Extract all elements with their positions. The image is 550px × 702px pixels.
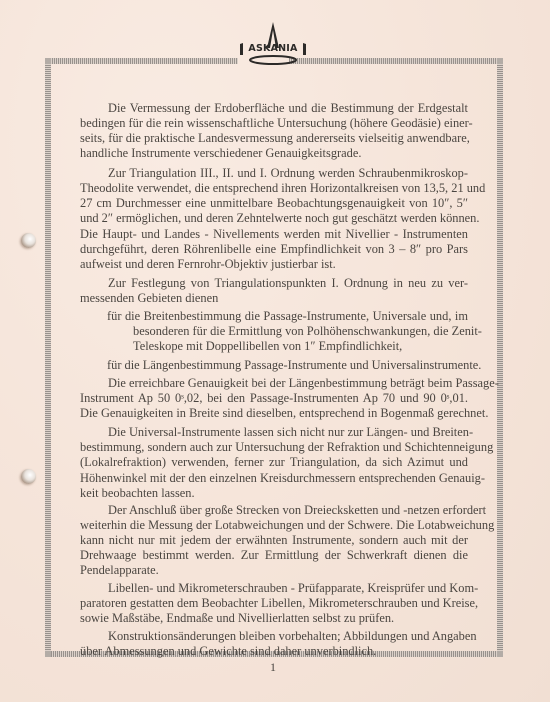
p8-line-2: über Abmessungen und Gewichte sind daher… <box>80 644 468 659</box>
p2-line-7: aufweist und deren Fernrohr-Objektiv jus… <box>80 257 468 272</box>
frame-top-right <box>289 58 501 64</box>
p7-line-1: Libellen- und Mikrometerschrauben - Prüf… <box>108 581 468 596</box>
p6-line-3: kann nicht nur mit jedem der erwähnten I… <box>80 533 468 548</box>
p4-line-3: Die Genauigkeiten in Breite sind dieselb… <box>80 406 468 421</box>
p5-line-4: Höhenwinkel mit der den einzelnen Kreisd… <box>80 471 468 486</box>
punch-hole-bottom <box>21 469 36 484</box>
p5-line-1: Die Universal-Instrumente lassen sich ni… <box>108 425 468 440</box>
p5-line-3: (Lokalrefraktion) verwenden, ferner zur … <box>80 455 468 470</box>
p6-line-2: weiterhin die Messung der Lotabweichunge… <box>80 518 468 533</box>
frame-corner-bl <box>45 651 51 657</box>
frame-corner-tl <box>45 58 51 64</box>
list-item-1-line-1: für die Breitenbestimmung die Passage-In… <box>107 309 468 324</box>
page-number: 1 <box>270 660 276 675</box>
p1-line-3: seits, für die praktische Landesvermessu… <box>80 131 468 146</box>
frame-left <box>45 62 51 654</box>
askania-logo: ASKANIA <box>237 20 309 68</box>
p2-line-6: durchgeführt, deren Röhrenlibelle eine E… <box>80 242 468 257</box>
p1-line-1: Die Vermessung der Erdoberfläche und die… <box>108 101 468 116</box>
p2-line-2: Theodolite verwendet, die entsprechend i… <box>80 181 468 196</box>
p2-line-5: Die Haupt- und Landes - Nivellements wer… <box>80 227 468 242</box>
p2-line-1: Zur Triangulation III., II. und I. Ordnu… <box>108 166 468 181</box>
p3-line-1: Zur Festlegung von Triangulationspunkten… <box>108 276 468 291</box>
document-page: ASKANIA Die Vermessung der Erdoberfläche… <box>0 0 550 702</box>
p5-line-5: keit beobachten lassen. <box>80 486 468 501</box>
p6-line-5: Pendelapparate. <box>80 563 468 578</box>
p8-line-1: Konstruktionsänderungen bleiben vorbehal… <box>108 629 468 644</box>
p1-line-2: bedingen für die rein wissenschaftliche … <box>80 116 468 131</box>
list-item-1-line-2: besonderen für die Ermittlung von Polhöh… <box>133 324 468 339</box>
p1-line-4: handliche Instrumente verschiedener Gena… <box>80 146 468 161</box>
frame-top-left <box>48 58 238 64</box>
p5-line-2: bestimmung, sondern auch zur Untersuchun… <box>80 440 468 455</box>
punch-hole-top <box>21 233 36 248</box>
frame-corner-tr <box>497 58 503 64</box>
p7-line-2: paratoren gestatten dem Beobachter Libel… <box>80 596 468 611</box>
list-item-1-line-3: Teleskope mit Doppellibellen von 1″ Empf… <box>133 339 468 354</box>
p6-line-1: Der Anschluß über große Strecken von Dre… <box>108 503 468 518</box>
frame-right <box>497 62 503 654</box>
p4-line-2: Instrument Ap 50 0ˢ,02, bei den Passage-… <box>80 391 468 406</box>
p3-line-2: messenden Gebieten dienen <box>80 291 468 306</box>
frame-corner-br <box>497 651 503 657</box>
p2-line-3: 27 cm Durchmesser eine unmittelbare Beob… <box>80 196 468 211</box>
logo-text: ASKANIA <box>240 43 306 54</box>
list-item-2-line-1: für die Längenbestimmung Passage-Instrum… <box>107 358 468 373</box>
p7-line-3: sowie Maßstäbe, Endmaße und Nivellierlat… <box>80 611 468 626</box>
p4-line-1: Die erreichbare Genauigkeit bei der Läng… <box>108 376 468 391</box>
p6-line-4: Drehwaage bestimmt werden. Zur Ermittlun… <box>80 548 468 563</box>
p2-line-4: und 2″ ermöglichen, und deren Zehntelwer… <box>80 211 468 226</box>
